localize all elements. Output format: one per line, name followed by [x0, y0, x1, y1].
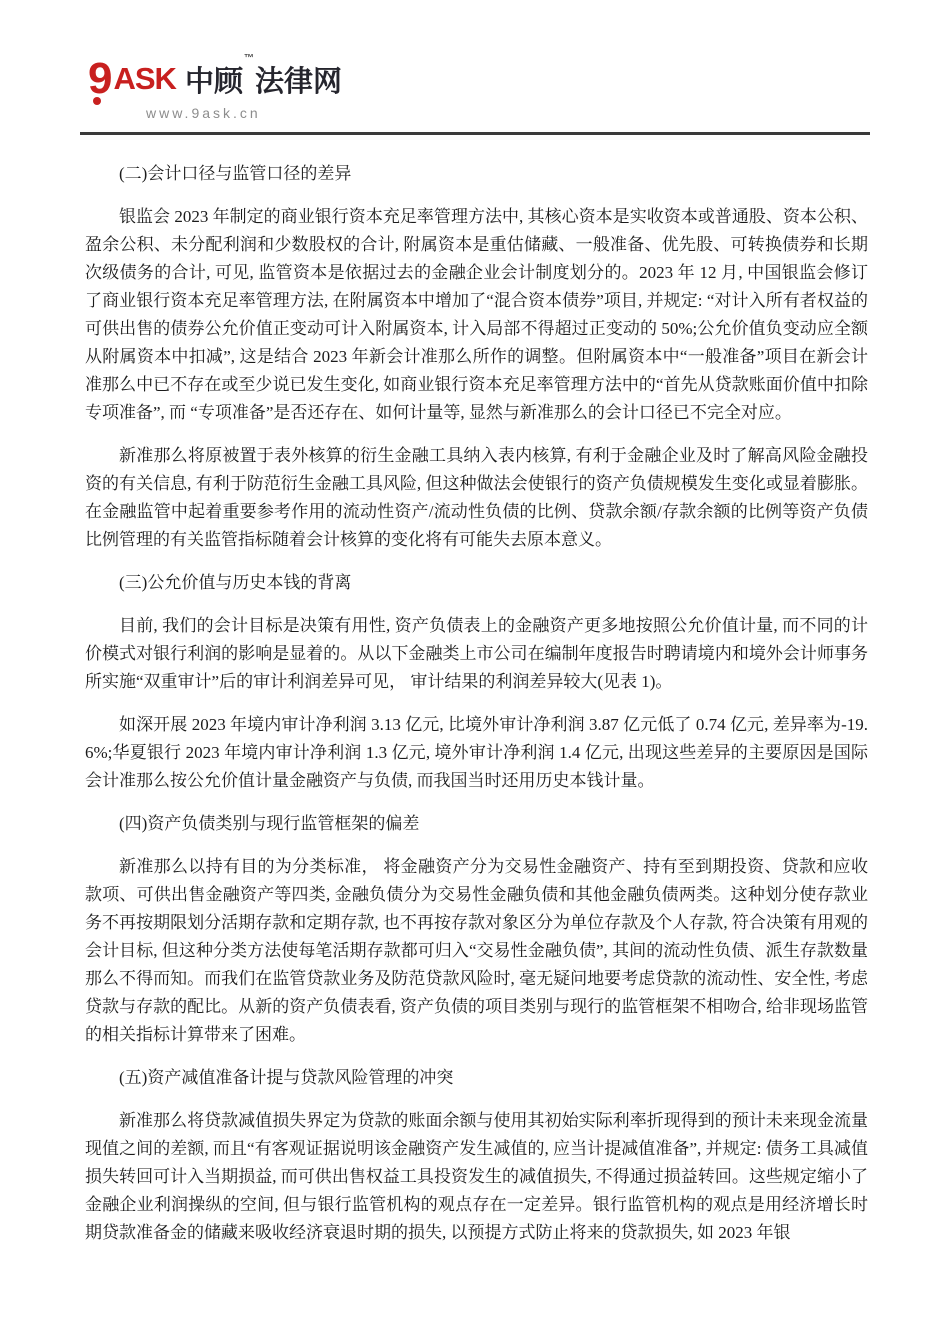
logo-wordmark: 9 ASK 中顾™法律网: [88, 56, 278, 102]
paragraph: 如深开展 2023 年境内审计净利润 3.13 亿元, 比境外审计净利润 3.8…: [85, 711, 868, 795]
section-heading-3: (三)公允价值与历史本钱的背离: [85, 569, 868, 597]
paragraph: 银监会 2023 年制定的商业银行资本充足率管理方法中, 其核心资本是实收资本或…: [85, 203, 868, 427]
paragraph: 目前, 我们的会计目标是决策有用性, 资产负债表上的金融资产更多地按照公允价值计…: [85, 612, 868, 696]
logo-ask-text: ASK: [113, 61, 175, 97]
logo-website-url: www.9ask.cn: [146, 105, 278, 121]
paragraph: 新准那么将原被置于表外核算的衍生金融工具纳入表内核算, 有利于金融企业及时了解高…: [85, 442, 868, 554]
paragraph: 新准那么以持有目的为分类标准， 将金融资产分为交易性金融资产、持有至到期投资、贷…: [85, 853, 868, 1049]
logo-chinese-name: 中顾™法律网: [185, 59, 342, 100]
document-body: (二)会计口径与监管口径的差异 银监会 2023 年制定的商业银行资本充足率管理…: [85, 160, 868, 1247]
document-page: 9 ASK 中顾™法律网 www.9ask.cn (二)会计口径与监管口径的差异…: [0, 0, 950, 1344]
header-divider: [80, 132, 870, 135]
section-heading-2: (二)会计口径与监管口径的差异: [85, 160, 868, 188]
paragraph: 新准那么将贷款减值损失界定为贷款的账面余额与使用其初始实际利率折现得到的预计未来…: [85, 1107, 868, 1247]
site-header: 9 ASK 中顾™法律网 www.9ask.cn: [0, 0, 950, 135]
section-heading-5: (五)资产减值准备计提与贷款风险管理的冲突: [85, 1064, 868, 1092]
logo-9-question-mark: 9: [88, 59, 112, 99]
trademark-icon: ™: [244, 53, 254, 64]
section-heading-4: (四)资产负债类别与现行监管框架的偏差: [85, 810, 868, 838]
9ask-logo: 9 ASK 中顾™法律网 www.9ask.cn: [88, 56, 278, 121]
logo-zhonggu-text: 中顾: [185, 66, 243, 98]
logo-falvwang-text: 法律网: [255, 66, 342, 98]
